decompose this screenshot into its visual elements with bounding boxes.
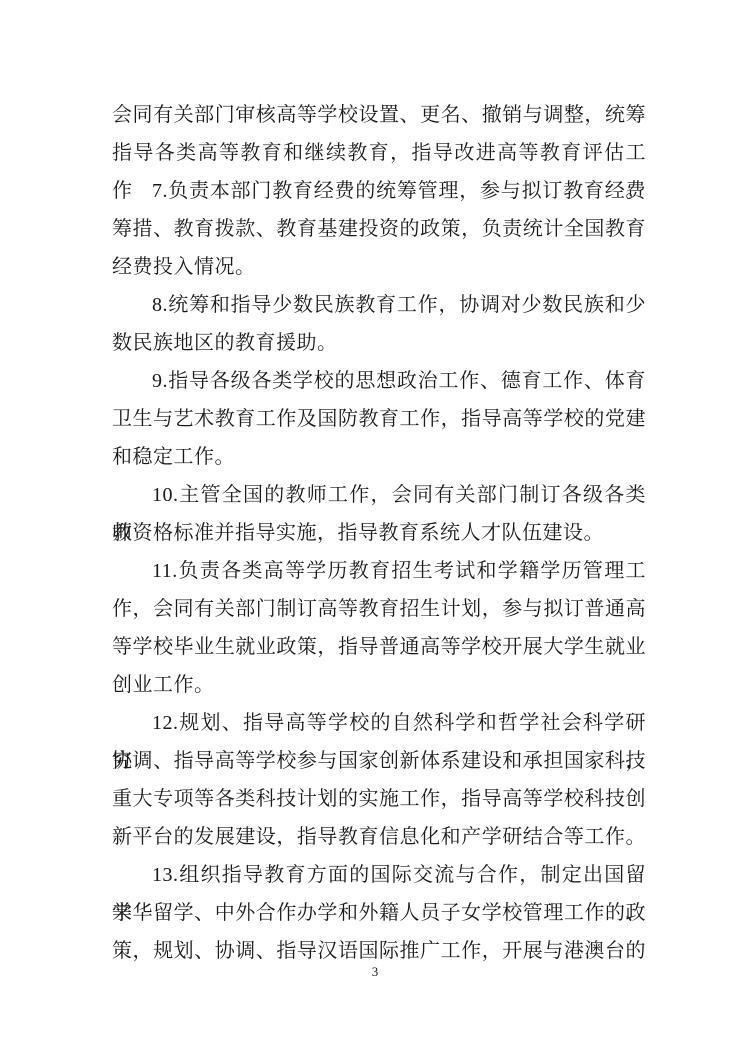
text-line: 12.规划、指导高等学校的自然科学和哲学社会科学研究， — [112, 704, 646, 742]
document-page: 会同有关部门审核高等学校设置、更名、撤销与调整，统筹指导各类高等教育和继续教育，… — [0, 0, 750, 1060]
text-line: 筹措、教育拨款、教育基建投资的政策，负责统计全国教育 — [112, 210, 646, 248]
text-line: 师资格标准并指导实施，指导教育系统人才队伍建设。 — [112, 514, 646, 552]
text-line: 数民族地区的教育援助。 — [112, 324, 646, 362]
text-line: 8.统筹和指导少数民族教育工作，协调对少数民族和少 — [112, 286, 646, 324]
text-line: 创业工作。 — [112, 666, 646, 704]
text-line: 等学校毕业生就业政策，指导普通高等学校开展大学生就业 — [112, 628, 646, 666]
text-line: 7.负责本部门教育经费的统筹管理，参与拟订教育经费 — [112, 172, 646, 210]
text-line: 作，会同有关部门制订高等教育招生计划，参与拟订普通高 — [112, 590, 646, 628]
text-line: 来华留学、中外合作办学和外籍人员子女学校管理工作的政 — [112, 894, 646, 932]
page-number: 3 — [0, 963, 750, 981]
text-line: 新平台的发展建设，指导教育信息化和产学研结合等工作。 — [112, 818, 646, 856]
text-line: 指导各类高等教育和继续教育，指导改进高等教育评估工作。 — [112, 134, 646, 172]
text-line: 会同有关部门审核高等学校设置、更名、撤销与调整，统筹 — [112, 96, 646, 134]
text-line: 卫生与艺术教育工作及国防教育工作，指导高等学校的党建 — [112, 400, 646, 438]
text-line: 13.组织指导教育方面的国际交流与合作，制定出国留学、 — [112, 856, 646, 894]
document-body: 会同有关部门审核高等学校设置、更名、撤销与调整，统筹指导各类高等教育和继续教育，… — [112, 96, 646, 970]
text-line: 9.指导各级各类学校的思想政治工作、德育工作、体育 — [112, 362, 646, 400]
text-line: 和稳定工作。 — [112, 438, 646, 476]
text-line: 协调、指导高等学校参与国家创新体系建设和承担国家科技 — [112, 742, 646, 780]
text-line: 重大专项等各类科技计划的实施工作，指导高等学校科技创 — [112, 780, 646, 818]
text-line: 经费投入情况。 — [112, 248, 646, 286]
text-line: 10.主管全国的教师工作，会同有关部门制订各级各类教 — [112, 476, 646, 514]
text-line: 11.负责各类高等学历教育招生考试和学籍学历管理工 — [112, 552, 646, 590]
